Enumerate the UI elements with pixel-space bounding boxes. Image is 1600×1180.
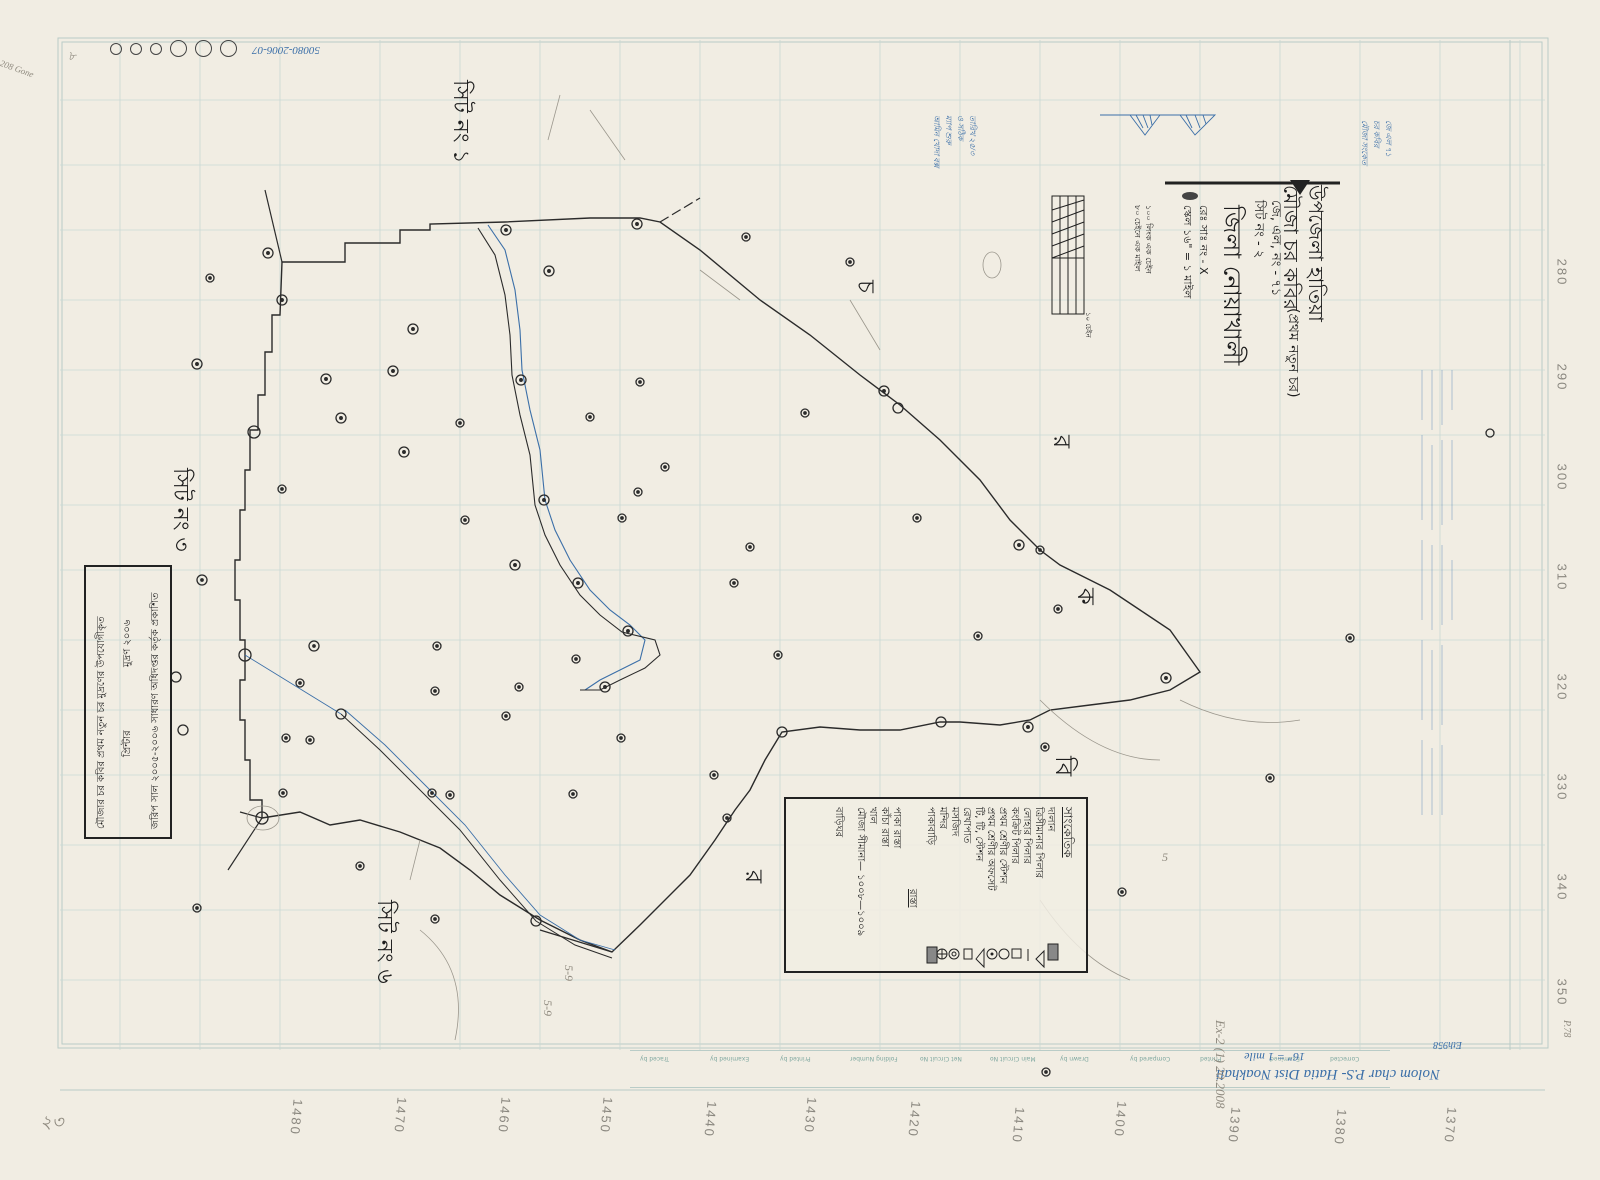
axis-tick: 1370	[1441, 1106, 1459, 1144]
axis-tick: 1400	[1111, 1100, 1129, 1138]
page-mark: P.78	[1561, 1020, 1572, 1037]
mouza-note: (প্রথম নতুন চর)	[1281, 308, 1305, 398]
mouza-letter: র	[732, 870, 772, 883]
axis-tick: 330	[1554, 774, 1569, 802]
sheet-label-3: সিট নং ৩	[161, 468, 198, 552]
axis-tick: 1480	[287, 1098, 305, 1136]
sheet-number: সিট নং - ২	[1247, 200, 1268, 258]
axis-tick: 1440	[701, 1100, 719, 1138]
pencil-note: 5	[1162, 850, 1168, 865]
mouza-letter: চ	[844, 280, 884, 293]
map-sheet: 50080-2006-07 ৮ 208 Gone উপজেলা হাতিয়া …	[0, 0, 1600, 1180]
stamp-line-1: মৌজার চর কবির প্রথম নতুন চর মুদ্রণের উপয…	[94, 616, 111, 829]
pencil-note: 5-9	[561, 965, 576, 981]
legend-symbols	[786, 799, 1086, 971]
sheet-label-6: সিট নং ৬	[365, 900, 402, 984]
axis-tick: 290	[1554, 364, 1569, 392]
khal-channel	[488, 225, 645, 690]
mouza-letter: ক	[1064, 588, 1104, 605]
footer-cell: Compared by	[1130, 1055, 1170, 1062]
handwritten-code: Eth958	[1433, 1039, 1462, 1050]
footer-cell: Drawn by	[1060, 1055, 1089, 1062]
axis-tick: 280	[1554, 259, 1569, 287]
stamp-line-2: প্রিন্টার	[120, 730, 137, 757]
pencil-note: 5-9	[540, 1000, 555, 1016]
axis-tick: 350	[1554, 979, 1569, 1007]
handwritten-ref-note: Ex-2 (1) 20.2008	[1212, 1020, 1228, 1108]
axis-tick: 1380	[1331, 1108, 1349, 1146]
stamp-line-3: মুদ্রণ ২০০৬	[120, 620, 137, 667]
footer-cell: Printed by	[780, 1055, 811, 1062]
north-arrow	[1100, 115, 1215, 135]
sheet-label-1: সিট নং ১	[441, 80, 478, 164]
axis-tick: 1390	[1225, 1106, 1243, 1144]
corner-number: ২৩	[40, 1108, 63, 1139]
blue-note: তারিখ ২৫/৩	[965, 115, 978, 155]
mouza-letter: বি	[1042, 756, 1082, 776]
scale-note-2: ৮০ চেইনে এক মাইল	[1130, 205, 1143, 271]
stamp-line-4: জরিপ সাল ২০০৫-২০০৬ সাধারণ অধিদপ্তর কর্তৃ…	[148, 592, 165, 829]
axis-tick: 300	[1554, 464, 1569, 492]
axis-tick: 320	[1554, 674, 1569, 702]
handwritten-location-note: Nolom char P.S- Hatia Dist Noakhali	[1216, 1065, 1440, 1082]
scale-bar-end-label: ১০ চেইন	[1082, 312, 1094, 338]
scale-bar	[1052, 196, 1084, 314]
axis-tick: 1420	[905, 1100, 923, 1138]
blue-note: জে এল ৭১	[1381, 120, 1394, 157]
footer-cell: Folding Number	[850, 1055, 898, 1062]
axis-tick: 310	[1554, 564, 1569, 592]
footer-cell: Net Circuit No	[920, 1055, 962, 1062]
axis-tick: 1450	[597, 1096, 615, 1134]
print-stamp: মৌজার চর কবির প্রথম নতুন চর মুদ্রণের উপয…	[84, 565, 172, 839]
axis-tick: 1410	[1009, 1106, 1027, 1144]
map-drawing	[0, 0, 1600, 1180]
legend-box: সাংকেতিক দালান ত্রিসীমানার পিলার লোহার প…	[784, 797, 1088, 973]
footer-cell: Main Circuit No	[990, 1055, 1036, 1062]
footer-cell: Traced by	[640, 1055, 669, 1062]
axis-tick: 1430	[801, 1096, 819, 1134]
axis-tick: 1460	[495, 1096, 513, 1134]
mouza-letter: র	[1040, 435, 1080, 448]
footer-cell: Corrected	[1330, 1055, 1359, 1062]
axis-tick: 340	[1554, 874, 1569, 902]
axis-tick: 1470	[391, 1096, 409, 1134]
footer-cell: Examined by	[710, 1055, 749, 1062]
scale-text: স্কেল ১৬" = ১ মাইল	[1177, 205, 1196, 299]
district-title: জিলা নোয়াখালী	[1210, 205, 1250, 365]
handwritten-scale-note: 16" = 1 mile	[1244, 1049, 1305, 1064]
